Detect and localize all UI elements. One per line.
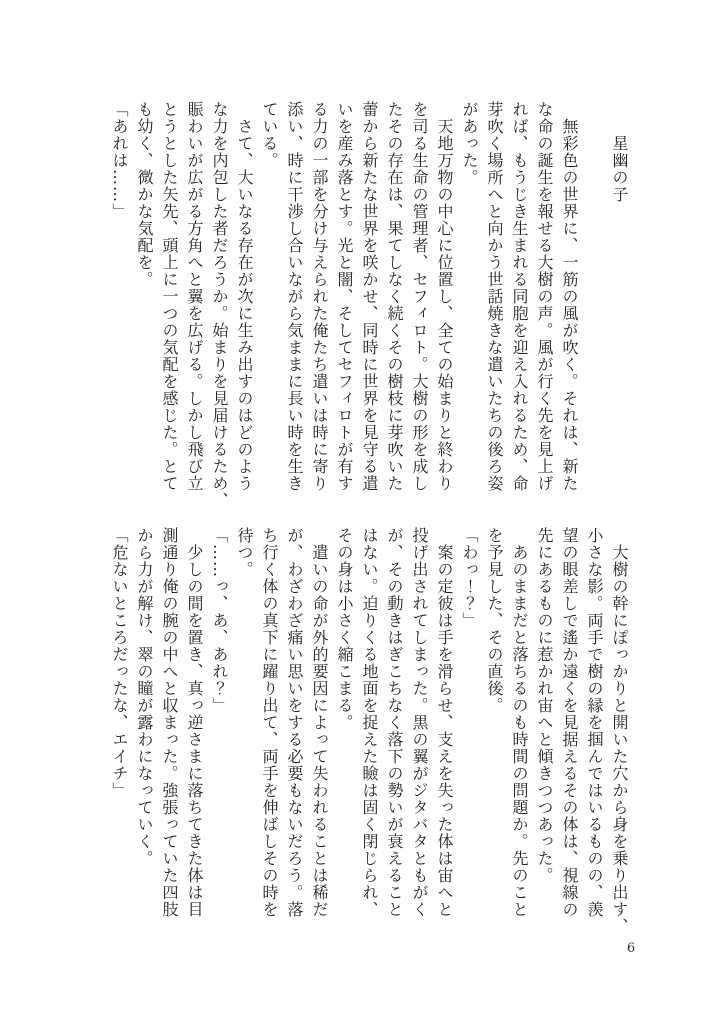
text-line: はない。迫りくる地面を捉えた瞼は固く閉じられ、	[357, 527, 382, 918]
text-line: 大樹の幹にぽっかりと開いた穴から身を乗り出す、	[607, 527, 632, 918]
text-line: 「……っ、あ、あれ？」	[207, 527, 232, 918]
text-line: 投げ出されてしまった。黒の翼がジタバタともがく	[407, 527, 432, 918]
text-line: 待つ。	[232, 527, 257, 918]
text-line: その身は小さく縮こまる。	[332, 527, 357, 918]
text-line: を司る生命の管理者、セフィロト。大樹の形を成し	[407, 101, 432, 492]
text-line: 案の定彼は手を滑らせ、支えを失った体は宙へと	[432, 527, 457, 918]
text-line: 小さな影。両手で樹の縁を掴んではいるものの、羨	[582, 527, 607, 918]
chapter-title: 星幽の子	[607, 135, 632, 435]
text-line: 「危ないところだったな、エイチ」	[107, 527, 132, 918]
text-line: な命の誕生を報せる大樹の声。風が行く先を見上げ	[532, 101, 557, 492]
text-line: 測通り俺の腕の中へと収まった。強張っていた四肢	[157, 527, 182, 918]
text-line: 賑わいが広がる方角へと翼を広げる。しかし飛び立	[182, 101, 207, 492]
text-line: ている。	[257, 101, 282, 492]
text-line: も幼く、微かな気配を。	[132, 101, 157, 492]
text-line: とうとした矢先、頭上に一つの気配を感じた。とて	[157, 101, 182, 492]
text-line: さて、大いなる存在が次に生み出すのはどのよう	[232, 101, 257, 492]
text-line: な力を内包した者だろうか。始まりを見届けるため、	[207, 101, 232, 492]
text-line: 先にあるものに惹かれ宙へと傾きつつあった。	[532, 527, 557, 918]
text-line: を予見した、その直後。	[482, 527, 507, 918]
page-number: 6	[622, 941, 640, 956]
text-line: 蕾から新たな世界を咲かせ、同時に世界を見守る遣	[357, 101, 382, 492]
text-line: が、その動きはぎこちなく落下の勢いが衰えること	[382, 527, 407, 918]
text-line: 少しの間を置き、真っ逆さまに落ちてきた体は目	[182, 527, 207, 918]
text-line: があった。	[457, 101, 482, 492]
text-line: 添い、時に干渉し合いながら気ままに長い時を生き	[282, 101, 307, 492]
text-line: あのままだと落ちるのも時間の問題か。先のこと	[507, 527, 532, 918]
text-line: たその存在は、果てしなく続くその樹枝に芽吹いた	[382, 101, 407, 492]
text-line: いを産み落とす。光と闇、そしてセフィロトが有す	[332, 101, 357, 492]
novel-page: 星幽の子 無彩色の世界に、一筋の風が吹く。それは、新たな命の誕生を報せる大樹の声…	[0, 0, 723, 1018]
text-line: れば、もうじき生まれる同胞を迎え入れるため、命	[507, 101, 532, 492]
text-line: る力の一部を分け与えられた俺たち遣いは時に寄り	[307, 101, 332, 492]
text-line: が、わざわざ痛い思いをする必要もないだろう。落	[282, 527, 307, 918]
text-line: 芽吹く場所へと向かう世話焼きな遣いたちの後ろ姿	[482, 101, 507, 492]
text-line: 望の眼差しで遙か遠くを見据えるその体は、視線の	[557, 527, 582, 918]
text-line: 「あれは……」	[107, 101, 132, 492]
text-line: 無彩色の世界に、一筋の風が吹く。それは、新た	[557, 101, 582, 492]
text-line: 天地万物の中心に位置し、全ての始まりと終わり	[432, 101, 457, 492]
text-line: 遣いの命が外的要因によって失われることは稀だ	[307, 527, 332, 918]
text-line: 「わっ！？」	[457, 527, 482, 918]
text-line: から力が解け、翠の瞳が露わになっていく。	[132, 527, 157, 918]
lower-text-block: 大樹の幹にぽっかりと開いた穴から身を乗り出す、小さな影。両手で樹の縁を掴んではい…	[107, 527, 632, 918]
text-line: ち行く体の真下に躍り出て、両手を伸ばしその時を	[257, 527, 282, 918]
upper-text-block: 無彩色の世界に、一筋の風が吹く。それは、新たな命の誕生を報せる大樹の声。風が行く…	[107, 101, 582, 492]
